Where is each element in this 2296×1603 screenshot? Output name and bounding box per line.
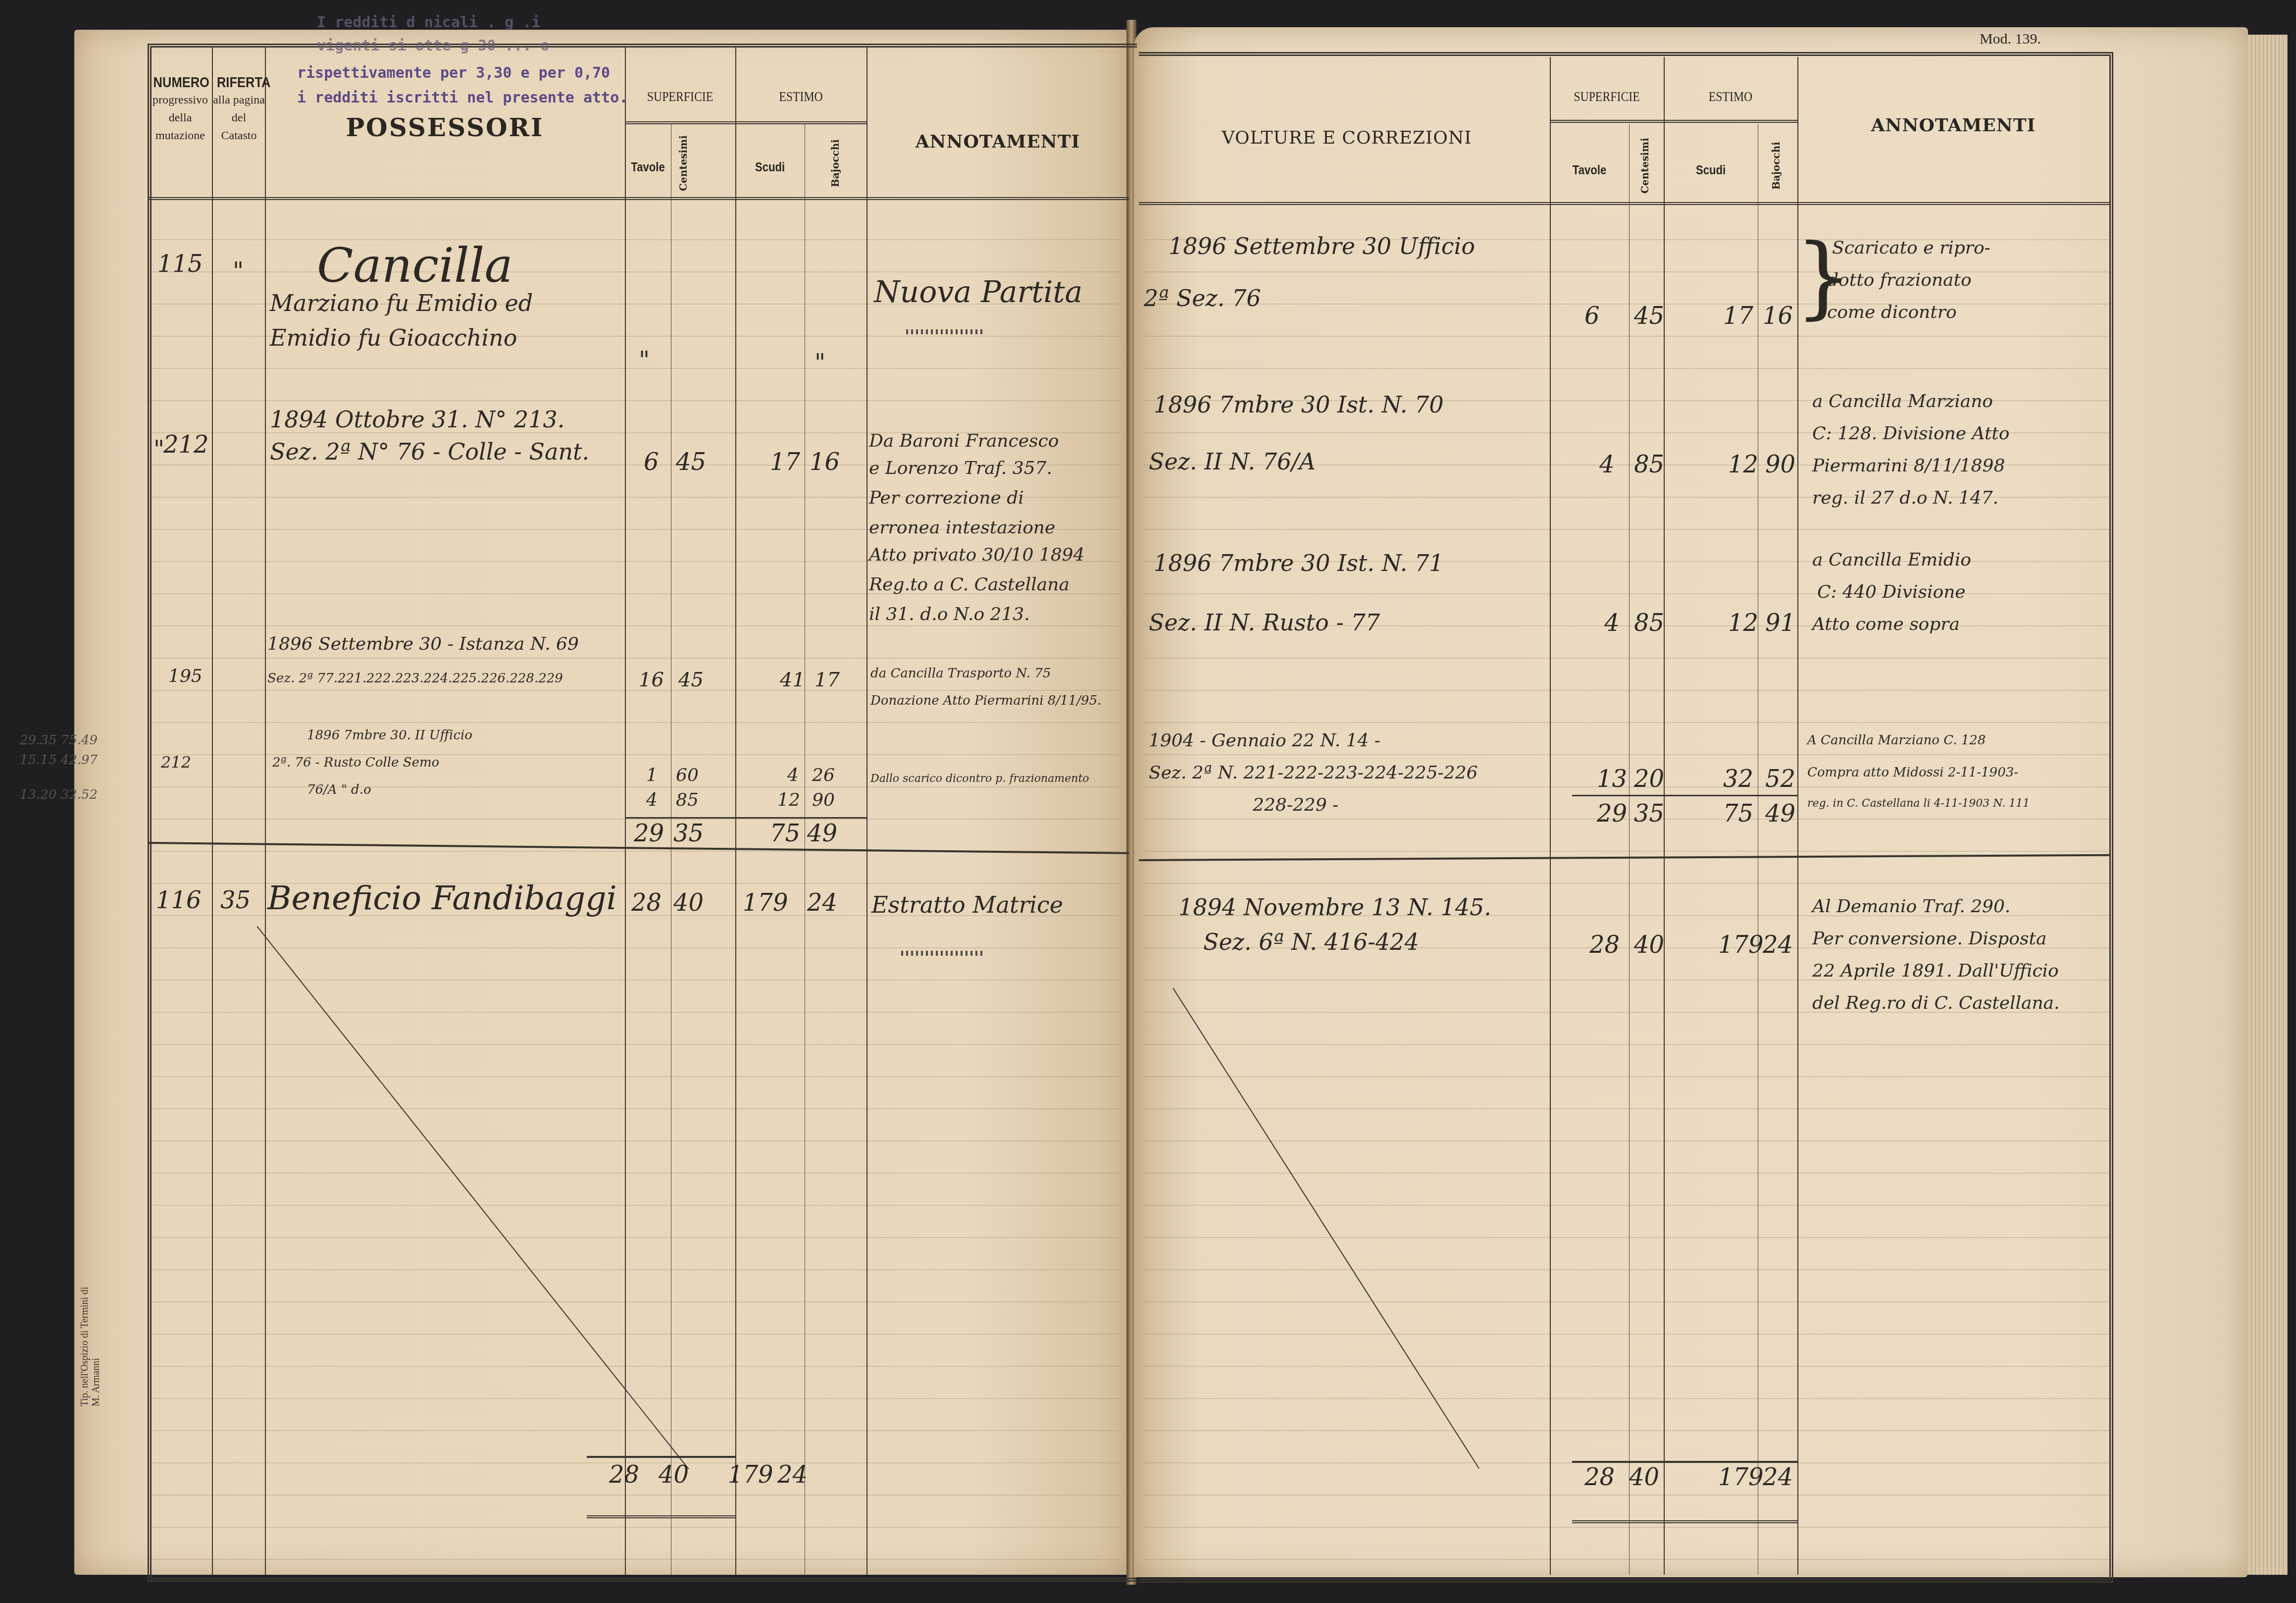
superficie-estimo-subrule <box>625 121 867 124</box>
sub-row-2-centesimi: 45 <box>678 669 704 691</box>
right-entry-4-total-scudi: 75 <box>1723 800 1753 827</box>
right-entry-4-annot-1: A Cancilla Marziano C. 128 <box>1807 733 1986 748</box>
stamp-line-4: i redditi iscritti nel presente atto. <box>297 89 628 106</box>
sub-row-2-annot-1: da Cancilla Trasporto N. 75 <box>870 666 1051 681</box>
right-entry-5-annot-4: del Reg.ro di C. Castellana. <box>1812 993 2060 1013</box>
stamp-line-1: I redditi d nicali . g .i <box>317 14 541 31</box>
header-estimo: ESTIMO <box>745 89 857 105</box>
annotation-flourish <box>906 329 985 334</box>
form-code: Mod. 139. <box>1961 31 2060 48</box>
entry-116-total-tavole: 28 <box>609 1461 639 1489</box>
sub-row-2-riferta: 195 <box>168 666 203 686</box>
right-entry-3-text-2: Sez. II N. Rusto - 77 <box>1149 609 1380 636</box>
sub-row-1-tavole: 6 <box>644 448 659 476</box>
sub-row-3b-bajocchi: 90 <box>812 790 835 810</box>
sub-row-1-centesimi: 45 <box>676 448 706 476</box>
right-entry-4-bajocchi: 52 <box>1765 765 1795 793</box>
entry-116-centesimi: 40 <box>673 889 704 917</box>
right-entry-2-scudi: 12 <box>1728 451 1758 478</box>
sub-row-1-ditto: " <box>153 436 164 464</box>
entry-115-total-tavole: 29 <box>634 820 664 847</box>
entry-115-possessore-detail-2: Emidio fu Gioacchino <box>270 324 517 351</box>
header-numero-title: NUMERO <box>153 74 207 91</box>
col-divider-possessori <box>625 47 626 1575</box>
right-entry-1-bajocchi: 16 <box>1763 302 1793 330</box>
right-entry-5-annot-3: 22 Aprile 1891. Dall'Ufficio <box>1812 961 2059 981</box>
sub-row-3b-scudi: 12 <box>777 790 800 810</box>
right-entry-3-bajocchi: 91 <box>1765 609 1795 637</box>
entry-116-bottom-rule <box>587 1456 735 1458</box>
right-entry-2-text-1: 1896 7mbre 30 Ist. N. 70 <box>1154 391 1444 418</box>
sub-row-1-annot-5: Atto privato 30/10 1894 <box>869 545 1084 565</box>
right-entry-2-annot-3: Piermarini 8/11/1898 <box>1812 456 2005 476</box>
sub-row-3a-scudi: 4 <box>787 765 799 785</box>
sub-row-1-annot-2: e Lorenzo Traf. 357. <box>869 458 1052 478</box>
right-entry-2-centesimi: 85 <box>1634 451 1664 478</box>
header-tavole: Tavole <box>628 159 667 175</box>
right-entry-5-total-centesimi: 40 <box>1629 1463 1659 1491</box>
entry-115-annotamento: Nuova Partita <box>874 275 1082 310</box>
entry-115-total-rule <box>625 817 867 819</box>
sub-row-1-text-1: 1894 Ottobre 31. N° 213. <box>270 406 564 433</box>
header-riferta: RIFERTA alla pagina del Catasto <box>213 74 265 145</box>
stamp-line-2: vigenti si otte g 30 ... o <box>317 37 550 54</box>
right-entry-1-tavole: 6 <box>1584 302 1600 330</box>
header-superficie: SUPERFICIE <box>633 89 727 105</box>
col-divider-scudi-right <box>1758 124 1758 1575</box>
header-bajocchi-right: Bajocchi <box>1770 136 1785 196</box>
entry-116-riferta: 35 <box>220 886 251 914</box>
right-entry-5-centesimi: 40 <box>1634 931 1664 959</box>
col-divider-volture <box>1550 57 1551 1575</box>
sub-row-1-riferta: 212 <box>163 431 209 459</box>
entry-116-scudi: 179 <box>743 889 788 917</box>
right-entry-5-bajocchi: 24 <box>1763 931 1793 959</box>
right-entry-4-annot-3: reg. in C. Castellana li 4-11-1903 N. 11… <box>1807 797 2030 810</box>
margin-calc-3: 13.20 32.52 <box>20 787 98 802</box>
right-entry-3-annot-1: a Cancilla Emidio <box>1812 550 1971 570</box>
header-centesimi-right: Centesimi <box>1639 136 1654 196</box>
col-divider-tavole-right <box>1629 124 1630 1575</box>
entry-116-annotamento: Estratto Matrice <box>871 891 1063 918</box>
header-numero: NUMERO progressivo della mutazione <box>149 74 212 145</box>
right-entry-4-total-centesimi: 35 <box>1634 800 1664 827</box>
header-possessori: POSSESSORI <box>265 113 625 142</box>
right-entry-5-bottom-rule <box>1572 1461 1797 1463</box>
header-scudi: Scudi <box>741 159 800 175</box>
right-entry-1-annot-3: come dicontro <box>1827 302 1957 322</box>
entry-115-total-centesimi: 35 <box>673 820 704 847</box>
header-riferta-sub-1: alla pagina <box>213 91 265 109</box>
sub-row-2-text-2: Sez. 2ª 77.221.222.223.224.225.226.228.2… <box>267 671 563 686</box>
right-entry-3-centesimi: 85 <box>1634 609 1664 637</box>
header-numero-sub-1: progressivo <box>149 91 212 109</box>
col-divider-riferta <box>265 47 266 1575</box>
col-divider-numero <box>212 47 213 1575</box>
sub-row-1-bajocchi: 16 <box>810 448 840 476</box>
left-header-bottom-rule <box>149 197 1129 200</box>
sub-row-1-text-2: Sez. 2ª N° 76 - Colle - Sant. <box>270 438 589 465</box>
right-entry-4-annot-2: Compra atto Midossi 2-11-1903- <box>1807 765 2018 780</box>
entry-116-numero: 116 <box>156 886 202 914</box>
right-entry-1-scudi: 17 <box>1723 302 1753 330</box>
right-entry-2-tavole: 4 <box>1599 451 1615 478</box>
header-scudi-right: Scudi <box>1671 162 1751 178</box>
col-divider-superficie <box>735 47 736 1575</box>
right-entry-3-annot-3: Atto come sopra <box>1812 614 1960 634</box>
header-volture: VOLTURE E CORREZIONI <box>1144 128 1550 148</box>
header-numero-sub-2: della <box>149 109 212 127</box>
entry-116-total-bajocchi: 24 <box>777 1461 808 1489</box>
sub-row-3a-tavole: 1 <box>646 765 658 785</box>
sub-row-3-riferta: 212 <box>161 753 191 772</box>
right-entry-2-annot-4: reg. il 27 d.o N. 147. <box>1812 488 1998 508</box>
stamp-line-3: rispettivamente per 3,30 e per 0,70 <box>297 64 610 82</box>
entry-116-tavole: 28 <box>631 889 662 917</box>
sub-row-3a-bajocchi: 26 <box>812 765 835 785</box>
entry-115-numero: 115 <box>157 250 203 278</box>
entry-115-tavole-ditto: " <box>639 347 650 374</box>
right-entry-5-total-bajocchi: 24 <box>1763 1463 1793 1491</box>
sub-row-1-scudi: 17 <box>770 448 800 476</box>
right-entry-2-bajocchi: 90 <box>1765 451 1795 478</box>
right-entry-3-annot-2: C: 440 Divisione <box>1817 582 1966 602</box>
right-entry-5-total-scudi: 179 <box>1718 1463 1764 1491</box>
header-riferta-title: RIFERTA <box>217 74 261 91</box>
right-entry-2-annot-2: C: 128. Divisione Atto <box>1812 423 2010 444</box>
annotation-flourish-2 <box>901 951 985 956</box>
right-entry-2-annot-1: a Cancilla Marziano <box>1812 391 1993 412</box>
sub-row-1-annot-7: il 31. d.o N.o 213. <box>869 604 1030 624</box>
header-riferta-sub-2: del <box>213 109 265 127</box>
entry-115-total-scudi: 75 <box>770 820 800 847</box>
sub-row-2-bajocchi: 17 <box>815 669 840 691</box>
entry-115-possessore-name: Cancilla <box>317 238 513 293</box>
right-entry-1-text-1: 1896 Settembre 30 Ufficio <box>1169 233 1475 259</box>
right-entry-4-centesimi: 20 <box>1634 765 1664 793</box>
sub-row-2-annot-2: Donazione Atto Piermarini 8/11/95. <box>870 693 1101 708</box>
sub-row-2-text-1: 1896 Settembre 30 - Istanza N. 69 <box>267 634 579 654</box>
header-superficie-right: SUPERFICIE <box>1558 89 1655 105</box>
header-centesimi: Centesimi <box>677 134 692 193</box>
header-bajocchi: Bajocchi <box>829 134 844 193</box>
right-entry-1-annot-2: dotto frazionato <box>1827 270 1972 290</box>
right-entry-5-total-tavole: 28 <box>1584 1463 1615 1491</box>
entry-116-double-rule <box>587 1515 735 1518</box>
page-stack-edge <box>2248 35 2288 1575</box>
header-annotamenti-left: ANNOTAMENTI <box>867 131 1129 152</box>
right-entry-4-text-2: Sez. 2ª N. 221-222-223-224-225-226 <box>1149 763 1478 783</box>
sub-row-3b-centesimi: 85 <box>676 790 699 810</box>
sub-row-2-tavole: 16 <box>639 669 664 691</box>
sub-row-3-text-2: 2ª. 76 - Rusto Colle Semo <box>272 755 439 770</box>
sub-row-3-annot: Dallo scarico dicontro p. frazionamento <box>870 773 1089 785</box>
right-entry-4-total-rule <box>1572 795 1797 796</box>
right-entry-4-tavole: 13 <box>1597 765 1627 793</box>
right-entry-5-annot-2: Per conversione. Disposta <box>1812 929 2046 949</box>
superficie-estimo-subrule-right <box>1550 120 1797 123</box>
right-entry-1-centesimi: 45 <box>1634 302 1664 330</box>
right-entry-4-text-3: 228-229 - <box>1253 795 1338 815</box>
entry-116-possessore-name: Beneficio Fandibaggi <box>267 879 617 917</box>
entry-116-bajocchi: 24 <box>807 889 837 917</box>
header-estimo-right: ESTIMO <box>1674 89 1787 105</box>
right-entry-2-text-2: Sez. II N. 76/A <box>1149 448 1316 475</box>
header-riferta-sub-3: Catasto <box>213 127 265 145</box>
entry-115-scudi-ditto: " <box>815 349 825 377</box>
sub-row-1-annot-4: erronea intestazione <box>869 517 1055 538</box>
right-entry-4-scudi: 32 <box>1723 765 1753 793</box>
right-entry-4-total-bajocchi: 49 <box>1765 800 1795 827</box>
sub-row-3-text-1: 1896 7mbre 30. II Ufficio <box>307 728 472 743</box>
sub-row-1-annot-6: Reg.to a C. Castellana <box>869 574 1070 595</box>
right-entry-4-text-1: 1904 - Gennaio 22 N. 14 - <box>1149 730 1380 751</box>
margin-calc-1: 29.35 75.49 <box>20 733 98 748</box>
right-entry-5-text-2: Sez. 6ª N. 416-424 <box>1203 929 1419 955</box>
right-entry-5-annot-1: Al Demanio Traf. 290. <box>1812 896 2010 917</box>
entry-116-total-scudi: 179 <box>728 1461 773 1489</box>
right-entry-5-double-rule <box>1572 1520 1797 1523</box>
sub-row-3-text-3: 76/A " d.o <box>307 782 371 797</box>
col-divider-estimo <box>867 47 867 1575</box>
entry-115-riferta: " <box>233 258 244 285</box>
sub-row-3a-centesimi: 60 <box>676 765 699 785</box>
right-entry-1-text-2: 2ª Sez. 76 <box>1144 285 1261 311</box>
header-numero-sub-3: mutazione <box>149 127 212 145</box>
right-entry-3-scudi: 12 <box>1728 609 1758 637</box>
sub-row-1-annot-3: Per correzione di <box>869 488 1024 508</box>
printer-imprint: Tip. nell'Ospizio di Termini di M. Arman… <box>79 1278 102 1406</box>
right-entry-3-tavole: 4 <box>1604 609 1620 637</box>
entry-116-total-centesimi: 40 <box>659 1461 689 1489</box>
entry-115-total-bajocchi: 49 <box>807 820 837 847</box>
right-entry-1-annot-1: Scaricato e ripro- <box>1832 238 1990 258</box>
header-tavole-right: Tavole <box>1556 162 1623 178</box>
right-entry-5-tavole: 28 <box>1589 931 1620 959</box>
right-entry-5-scudi: 179 <box>1718 931 1764 959</box>
right-entry-3-text-1: 1896 7mbre 30 Ist. N. 71 <box>1154 550 1444 576</box>
header-annotamenti-right: ANNOTAMENTI <box>1797 115 2109 136</box>
sub-row-3b-tavole: 4 <box>646 790 658 810</box>
right-entry-4-total-tavole: 29 <box>1597 800 1627 827</box>
entry-115-possessore-detail-1: Marziano fu Emidio ed <box>270 290 533 316</box>
sub-row-1-annot-1: Da Baroni Francesco <box>869 431 1059 451</box>
sub-row-2-scudi: 41 <box>780 669 805 691</box>
left-table-frame <box>148 44 1137 1582</box>
right-entry-5-text-1: 1894 Novembre 13 N. 145. <box>1178 894 1491 921</box>
margin-calc-2: 15.15 42.97 <box>20 753 98 768</box>
right-header-bottom-rule <box>1139 202 2109 205</box>
